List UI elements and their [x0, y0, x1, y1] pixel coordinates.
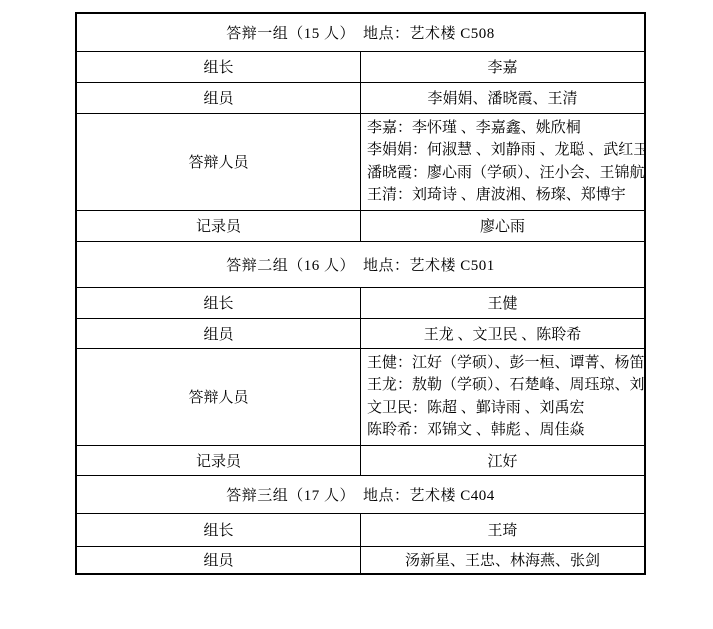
group-1-header-row: 答辩一组（15 人） 地点：艺术楼 C508: [76, 13, 645, 51]
group-2-defenders-row: 答辩人员 王健：江好（学硕）、彭一桓、谭菁、杨笛、黄一烜、张毓麒 王龙：敖勒（学…: [76, 348, 645, 445]
row-label-defenders: 答辩人员: [76, 113, 361, 210]
group-1-defenders-row: 答辩人员 李嘉：李怀瑾 、李嘉鑫、姚欣桐 李娟娟：何淑慧 、刘静雨 、龙聪 、武…: [76, 113, 645, 210]
group-3-header: 答辩三组（17 人） 地点：艺术楼 C404: [76, 475, 645, 513]
recorder-name: 江好: [361, 445, 646, 475]
group-1-recorder-row: 记录员 廖心雨: [76, 210, 645, 241]
defender-line: 王健：江好（学硕）、彭一桓、谭菁、杨笛、黄一烜、张毓麒: [367, 352, 640, 375]
row-label-defenders: 答辩人员: [76, 348, 361, 445]
group-1-leader-row: 组长 李嘉: [76, 51, 645, 82]
group-3-leader-row: 组长 王琦: [76, 513, 645, 546]
leader-name: 王健: [361, 287, 646, 318]
member-names: 王龙 、文卫民 、陈聆希: [361, 318, 646, 348]
leader-name: 李嘉: [361, 51, 646, 82]
group-1-header: 答辩一组（15 人） 地点：艺术楼 C508: [76, 13, 645, 51]
recorder-name: 廖心雨: [361, 210, 646, 241]
row-label-leader: 组长: [76, 513, 361, 546]
defender-list: 王健：江好（学硕）、彭一桓、谭菁、杨笛、黄一烜、张毓麒 王龙：敖勒（学硕）、石楚…: [361, 348, 646, 445]
row-label-leader: 组长: [76, 51, 361, 82]
document-page: 答辩一组（15 人） 地点：艺术楼 C508 组长 李嘉 组员 李娟娟、潘晓霞、…: [0, 0, 713, 629]
group-3-header-row: 答辩三组（17 人） 地点：艺术楼 C404: [76, 475, 645, 513]
group-2-leader-row: 组长 王健: [76, 287, 645, 318]
row-label-leader: 组长: [76, 287, 361, 318]
group-2-header: 答辩二组（16 人） 地点：艺术楼 C501: [76, 241, 645, 287]
defense-schedule-table: 答辩一组（15 人） 地点：艺术楼 C508 组长 李嘉 组员 李娟娟、潘晓霞、…: [75, 12, 646, 575]
row-label-recorder: 记录员: [76, 445, 361, 475]
member-names: 李娟娟、潘晓霞、王清: [361, 82, 646, 113]
row-label-members: 组员: [76, 318, 361, 348]
defender-line: 李娟娟：何淑慧 、刘静雨 、龙聪 、武红玉: [367, 139, 640, 162]
leader-name: 王琦: [361, 513, 646, 546]
group-2-recorder-row: 记录员 江好: [76, 445, 645, 475]
defender-line: 王清：刘琦诗 、唐波湘、杨璨、郑博宇: [367, 184, 640, 207]
group-3-members-row: 组员 汤新星、王忠、林海燕、张剑: [76, 546, 645, 574]
group-2-header-row: 答辩二组（16 人） 地点：艺术楼 C501: [76, 241, 645, 287]
group-2-members-row: 组员 王龙 、文卫民 、陈聆希: [76, 318, 645, 348]
row-label-recorder: 记录员: [76, 210, 361, 241]
defender-line: 陈聆希：邓锦文 、韩彪 、周佳焱: [367, 419, 640, 442]
group-1-members-row: 组员 李娟娟、潘晓霞、王清: [76, 82, 645, 113]
defender-line: 潘晓霞：廖心雨（学硕）、汪小会、王锦航、张志浩: [367, 162, 640, 185]
row-label-members: 组员: [76, 546, 361, 574]
row-label-members: 组员: [76, 82, 361, 113]
defender-list: 李嘉：李怀瑾 、李嘉鑫、姚欣桐 李娟娟：何淑慧 、刘静雨 、龙聪 、武红玉 潘晓…: [361, 113, 646, 210]
defender-line: 王龙：敖勒（学硕）、石楚峰、周珏琼、刘圣文: [367, 374, 640, 397]
defender-line: 李嘉：李怀瑾 、李嘉鑫、姚欣桐: [367, 117, 640, 140]
defender-line: 文卫民：陈超 、鄞诗雨 、刘禹宏: [367, 397, 640, 420]
member-names: 汤新星、王忠、林海燕、张剑: [361, 546, 646, 574]
